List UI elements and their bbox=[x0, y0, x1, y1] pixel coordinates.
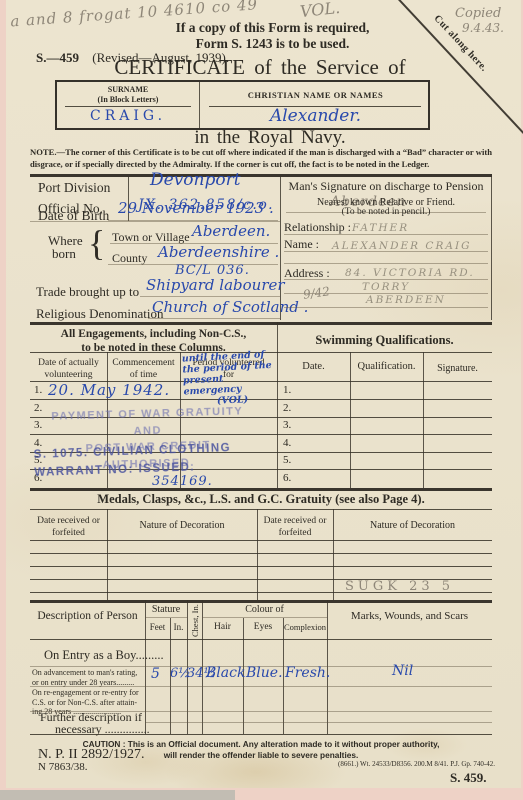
surname-column-label: SURNAME bbox=[57, 85, 199, 95]
reengagement-label-line2: C.S. or for Non-C.S. after attain- bbox=[32, 698, 147, 708]
note-rule bbox=[30, 174, 492, 177]
swimming-col-signature: Signature. bbox=[423, 363, 492, 374]
dob-rule bbox=[108, 220, 278, 221]
christian-column-label: CHRISTIAN NAME OR NAMES bbox=[199, 90, 432, 100]
born-label: born bbox=[52, 246, 76, 262]
engagement-col-date-label2: volunteering bbox=[32, 369, 105, 381]
engagements-title-line1: All Engagements, including Non-C.S., bbox=[30, 327, 277, 341]
medals-col-date-label1: Date received or bbox=[30, 515, 107, 527]
religion-label: Religious Denomination bbox=[36, 306, 163, 322]
description-header-rule bbox=[30, 639, 492, 640]
swimming-col-qualification: Qualification. bbox=[350, 361, 423, 372]
medals-col-date-label2: forfeited bbox=[30, 527, 107, 539]
reference-n: N 7863/38. bbox=[38, 761, 88, 773]
medals-col-date2-label2: forfeited bbox=[257, 527, 333, 539]
description-row-rule bbox=[145, 722, 492, 723]
trade-value: Shipyard labourer bbox=[146, 276, 285, 294]
engagement-col-comm-label1: Commencement bbox=[109, 357, 178, 369]
swimming-row-number: 5. bbox=[283, 454, 291, 466]
port-division-label: Port Division bbox=[38, 180, 110, 196]
where-born-brace: { bbox=[88, 222, 105, 264]
relative-rule-1 bbox=[284, 234, 488, 235]
swimming-row-number: 4. bbox=[283, 437, 291, 449]
inches-label: In. bbox=[170, 622, 187, 632]
date-of-birth-value: 29 November 1923 . bbox=[118, 199, 274, 217]
relationship-label: Relationship : bbox=[284, 220, 351, 235]
print-code: (8661.) Wt. 24533/D8356. 200.M 8/41. P.J… bbox=[320, 760, 495, 768]
medals-row-rule bbox=[30, 566, 492, 567]
feet-value: 5 bbox=[151, 666, 160, 682]
pencil-copied: Copied bbox=[455, 6, 501, 21]
port-division-value: Devonport bbox=[150, 170, 241, 190]
relative-panel-right-border bbox=[491, 176, 492, 320]
relative-rule-2 bbox=[284, 251, 488, 252]
swimming-row-number: 3. bbox=[283, 419, 291, 431]
religion-rule bbox=[148, 318, 280, 319]
marks-value: Nil bbox=[392, 663, 413, 679]
corner-note: NOTE.—The corner of this Certificate is … bbox=[30, 147, 492, 170]
swimming-col-divider-1 bbox=[350, 352, 351, 489]
medals-top-rule bbox=[30, 488, 492, 491]
complexion-label: Complexion bbox=[283, 622, 327, 632]
medals-col-nature-label-2: Nature of Decoration bbox=[333, 520, 492, 531]
address-line2: TORRY bbox=[362, 281, 410, 293]
county-value: Aberdeenshire . bbox=[158, 243, 279, 261]
name-table: SURNAME (In Block Letters) CHRISTIAN NAM… bbox=[55, 80, 430, 130]
colour-of-label: Colour of bbox=[202, 604, 327, 615]
reengagement-label-line1: On re-engagement or re-entry for bbox=[32, 688, 147, 698]
swimming-row-number: 1. bbox=[283, 384, 291, 396]
pencil-sugk-note: SUGK 23 5 bbox=[345, 579, 454, 594]
complexion-value: Fresh. bbox=[285, 665, 330, 681]
signature-on-discharge-header: Man's Signature on discharge to Pension bbox=[284, 179, 488, 194]
chest-in-label: Chest, In. bbox=[190, 603, 200, 637]
relationship-value: FATHER bbox=[352, 222, 409, 234]
relative-rule-4 bbox=[284, 279, 488, 280]
swimming-title: Swimming Qualifications. bbox=[277, 333, 492, 348]
royal-navy-subtitle: in the Royal Navy. bbox=[100, 127, 440, 149]
medals-header-rule bbox=[30, 540, 492, 541]
swimming-row-number: 2. bbox=[283, 402, 291, 414]
engagement-col-comm-label2: of time bbox=[109, 369, 178, 381]
surname-column-sublabel: (In Block Letters) bbox=[57, 95, 199, 105]
description-row-rule bbox=[30, 686, 492, 687]
eyes-label: Eyes bbox=[243, 622, 283, 632]
warrant-number-value: 354169. bbox=[152, 474, 213, 489]
colour-subrule bbox=[202, 617, 327, 618]
hair-value: Black bbox=[206, 665, 245, 681]
trade-rule bbox=[140, 296, 280, 297]
description-bottom-rule bbox=[30, 734, 492, 735]
stature-subrule bbox=[145, 617, 187, 618]
stature-label: Stature bbox=[145, 604, 187, 615]
hair-label: Hair bbox=[202, 622, 243, 632]
engagement-col-date-label1: Date of actually bbox=[32, 357, 105, 369]
surname-value: CRAIG. bbox=[57, 108, 199, 124]
medals-title: Medals, Clasps, &c., L.S. and G.C. Gratu… bbox=[45, 492, 477, 507]
relative-subheader: (To be noted in pencil.) bbox=[286, 207, 486, 217]
relative-name-label: Name : bbox=[284, 237, 319, 252]
description-top-rule bbox=[30, 600, 492, 603]
swimming-col-date: Date. bbox=[277, 361, 350, 372]
engagement-row-number: 1. bbox=[34, 384, 42, 396]
christian-name-value: Alexander. bbox=[199, 106, 432, 126]
relative-rule-3 bbox=[284, 263, 488, 264]
address-line3: ABERDEEN bbox=[366, 294, 446, 306]
medals-row-rule bbox=[30, 553, 492, 554]
scan-edge-strip bbox=[0, 790, 235, 800]
eyes-complexion-divider bbox=[283, 618, 284, 734]
engagements-top-rule bbox=[30, 322, 492, 325]
feet-label: Feet bbox=[145, 622, 170, 632]
marks-wounds-scars-label: Marks, Wounds, and Scars bbox=[327, 610, 492, 622]
trade-label: Trade brought up to bbox=[36, 284, 139, 300]
medals-col-date2-label1: Date received or bbox=[257, 515, 333, 527]
description-of-person-label: Description of Person bbox=[30, 610, 145, 622]
advancement-label-line1: On advancement to man's rating, bbox=[32, 668, 145, 678]
swimming-row-number: 6. bbox=[283, 472, 291, 484]
engagement-date-value: 20. May 1942. bbox=[48, 381, 170, 399]
surname-header-rule bbox=[65, 106, 191, 107]
form-ref-bottom: S. 459. bbox=[450, 770, 486, 786]
pencil-copied-date: 9.4.43. bbox=[462, 21, 504, 35]
medals-col-nature-label-1: Nature of Decoration bbox=[107, 520, 257, 531]
town-value: Aberdeen. bbox=[192, 222, 270, 240]
copy-notice-line1: If a copy of this Form is required, bbox=[140, 20, 405, 36]
on-entry-as-boy-label: On Entry as a Boy......... bbox=[44, 648, 164, 663]
eyes-value: Blue. bbox=[246, 665, 283, 681]
relative-rule-6 bbox=[284, 307, 488, 308]
swimming-header-rule bbox=[277, 381, 492, 382]
medals-title-rule bbox=[30, 509, 492, 510]
address-line1: 84. VICTORIA RD. bbox=[345, 267, 475, 279]
certificate-title: CERTIFICATE of the Service of bbox=[70, 55, 450, 80]
